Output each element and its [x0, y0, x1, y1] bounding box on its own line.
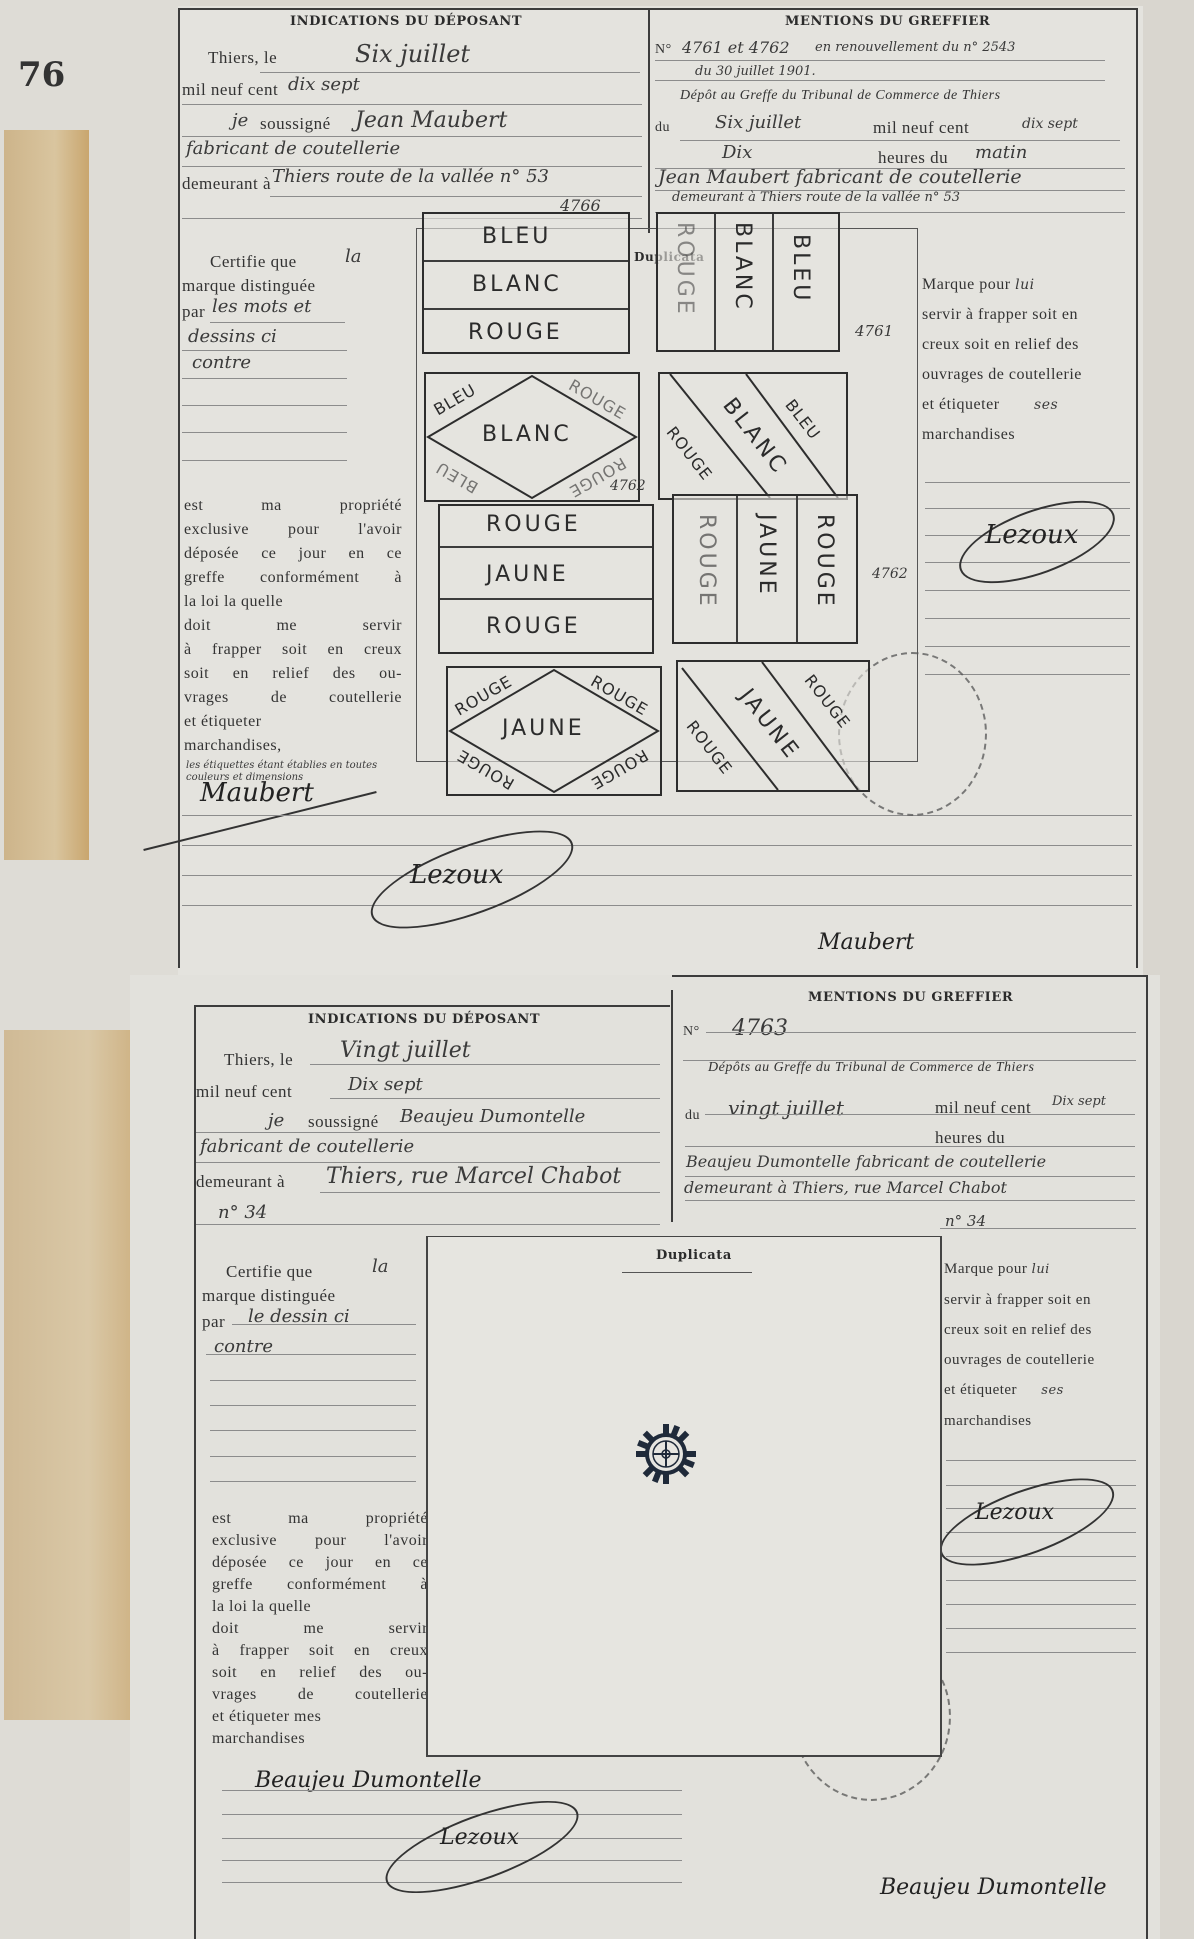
body-line: marchandises	[212, 1728, 428, 1750]
stripe-label: ROUGE	[486, 512, 581, 537]
certifie-label: Certifie que	[210, 252, 297, 272]
page-number: 76	[18, 55, 65, 95]
marque-distinguee-label-2: marque distinguée	[202, 1286, 336, 1306]
mark-flag-horizontal-2: ROUGE JAUNE ROUGE	[438, 504, 654, 654]
top-renewal-note: en renouvellement du n° 2543	[815, 40, 1015, 55]
demeurant-label: demeurant à	[182, 174, 271, 194]
body-line: doit me servir	[184, 614, 402, 638]
mil-neuf-cent-label-2: mil neuf cent	[196, 1082, 292, 1102]
greffier-heures-value[interactable]: matin	[975, 142, 1027, 163]
marque-pour-value-2[interactable]: lui	[1032, 1262, 1050, 1277]
duplicata-frame-bottom	[426, 1236, 942, 1757]
greffier-year-value[interactable]: dix sept	[1022, 116, 1078, 132]
body-line: à frapper soit en creux	[184, 638, 402, 662]
stripe-label: BLANC	[730, 222, 755, 312]
bottom-greffier-date[interactable]: vingt juillet	[728, 1096, 844, 1120]
top-greffier-header: MENTIONS DU GREFFIER	[785, 14, 990, 29]
marque-line: ouvrages de coutellerie	[922, 360, 1132, 390]
bottom-greffier-signature-left: Lezoux	[440, 1825, 519, 1850]
marque-line: marchandises	[944, 1406, 1144, 1436]
marque-pour-label: Marque pour	[922, 276, 1011, 293]
top-form-right-border	[1136, 8, 1138, 968]
top-marque-text: Marque pour lui servir à frapper soit en…	[922, 270, 1132, 450]
top-address-value[interactable]: Thiers route de la vallée n° 53	[272, 166, 549, 187]
par-value-2[interactable]: dessins ci	[188, 326, 277, 347]
top-occupation-value[interactable]: fabricant de coutellerie	[186, 138, 400, 159]
bottom-declaration-body: est ma propriété exclusive pour l'avoir …	[212, 1508, 428, 1750]
bottom-date-value[interactable]: Vingt juillet	[340, 1038, 471, 1063]
marque-line: servir à frapper soit en	[944, 1285, 1144, 1315]
mark-flag-vertical-1: ROUGE BLANC BLEU	[656, 212, 840, 352]
top-year-value[interactable]: dix sept	[288, 74, 360, 95]
par-label: par	[182, 302, 205, 322]
top-name-value[interactable]: Jean Maubert	[355, 108, 507, 133]
stripe-label: BLEU	[788, 234, 813, 303]
mark-diagonal-2: ROUGE JAUNE ROUGE	[676, 660, 870, 792]
body-line: est ma propriété	[184, 494, 402, 518]
mark-diagonal-1: BLEU BLANC ROUGE	[658, 372, 848, 500]
top-center-signature: Lezoux	[410, 860, 503, 890]
bottom-form-divider	[671, 990, 673, 1222]
body-line: et étiqueter mes	[212, 1706, 428, 1728]
bottom-marque-text: Marque pour lui servir à frapper soit en…	[944, 1254, 1144, 1436]
top-date-value[interactable]: Six juillet	[355, 40, 470, 68]
top-registration-number[interactable]: 4761 et 4762	[682, 38, 790, 57]
stripe-label: ROUGE	[468, 320, 563, 345]
body-line: déposée ce jour en ce	[212, 1552, 428, 1574]
bottom-depositant-header: INDICATIONS DU DÉPOSANT	[308, 1012, 540, 1027]
stripe-label: JAUNE	[486, 562, 569, 587]
body-line: à frapper soit en creux	[212, 1640, 428, 1662]
mark-diamond-2: JAUNE ROUGE ROUGE ROUGE ROUGE	[446, 666, 662, 796]
duplicata-label-bottom: Duplicata	[656, 1248, 732, 1263]
bottom-greffier-header: MENTIONS DU GREFFIER	[808, 990, 1013, 1005]
stripe-label: ROUGE	[672, 222, 697, 317]
mark-flag-vertical-2: ROUGE JAUNE ROUGE	[672, 494, 858, 644]
top-form-divider	[648, 8, 650, 233]
stripe-label: BLEU	[482, 224, 551, 249]
certifie-value[interactable]: la	[345, 246, 362, 267]
marque-line: creux soit en relief des	[922, 330, 1132, 360]
certifie-label-2: Certifie que	[226, 1262, 313, 1282]
top-declaration-body: est ma propriété exclusive pour l'avoir …	[184, 494, 402, 758]
folded-slip-bottom	[4, 1030, 144, 1720]
body-line: greffe conformément à	[184, 566, 402, 590]
mark-number-4762-b: 4762	[872, 566, 908, 582]
marque-distinguee-label: marque distinguée	[182, 276, 316, 296]
top-depositant-header: INDICATIONS DU DÉPOSANT	[290, 14, 522, 29]
etiqueter-value[interactable]: ses	[1034, 397, 1058, 413]
body-line: vrages de coutellerie	[184, 686, 402, 710]
etiqueter-label-2: et étiqueter	[944, 1382, 1017, 1398]
marque-line: creux soit en relief des	[944, 1315, 1144, 1345]
bottom-form-top-border-right	[672, 975, 1147, 977]
heures-du-label: heures du	[878, 148, 948, 168]
thiers-le-label: Thiers, le	[208, 48, 277, 68]
body-line: la loi la quelle	[184, 590, 402, 614]
certifie-value-2[interactable]: la	[372, 1256, 389, 1277]
marque-line: servir à frapper soit en	[922, 300, 1132, 330]
bottom-registration-number[interactable]: 4763	[732, 1016, 788, 1041]
depots-line: Dépôts au Greffe du Tribunal de Commerce…	[708, 1060, 1035, 1076]
mark-number-4761: 4761	[855, 322, 893, 340]
bottom-greffier-address-line[interactable]: demeurant à Thiers, rue Marcel Chabot	[684, 1178, 1007, 1197]
mil-neuf-cent-label: mil neuf cent	[182, 80, 278, 100]
soussigne-label: soussigné	[260, 114, 331, 134]
bottom-form-top-border	[195, 1005, 670, 1007]
top-depositant-signature: Maubert	[200, 778, 314, 808]
top-form-top-border	[178, 8, 1138, 10]
body-line: exclusive pour l'avoir	[184, 518, 402, 542]
marque-pour-value[interactable]: lui	[1015, 277, 1034, 293]
greffier-address-line[interactable]: demeurant à Thiers route de la vallée n°…	[672, 190, 960, 205]
bottom-year-value[interactable]: Dix sept	[348, 1074, 423, 1095]
body-line: et étiqueter	[184, 710, 402, 734]
bottom-greffier-signature: Lezoux	[975, 1500, 1054, 1525]
du-label: du	[655, 120, 670, 136]
body-line: exclusive pour l'avoir	[212, 1530, 428, 1552]
bottom-greffier-year[interactable]: Dix sept	[1052, 1094, 1106, 1109]
mark-flag-horizontal-1: BLEU BLANC ROUGE	[422, 212, 630, 354]
body-line: vrages de coutellerie	[212, 1684, 428, 1706]
no-label-2: N°	[683, 1024, 700, 1040]
bottom-name-value[interactable]: Beaujeu Dumontelle	[400, 1106, 585, 1127]
bottom-depositor-signature-right: Beaujeu Dumontelle	[880, 1875, 1107, 1900]
marque-pour-label-2: Marque pour	[944, 1261, 1027, 1277]
stripe-label: ROUGE	[812, 514, 837, 609]
body-line: est ma propriété	[212, 1508, 428, 1530]
etiqueter-value-2[interactable]: ses	[1041, 1383, 1064, 1398]
bottom-form-left-border	[194, 1005, 196, 1939]
greffier-name-line[interactable]: Jean Maubert fabricant de coutellerie	[658, 166, 1022, 188]
du-label-2: du	[685, 1108, 700, 1124]
par-value-3[interactable]: contre	[192, 352, 251, 373]
marque-line: ouvrages de coutellerie	[944, 1345, 1144, 1375]
stripe-label: BLANC	[472, 272, 562, 297]
body-line: marchandises,	[184, 734, 402, 758]
body-line: la loi la quelle	[212, 1596, 428, 1618]
top-form-left-border	[178, 8, 180, 968]
diamond-center-label: JAUNE	[502, 716, 585, 741]
etiqueter-label: et étiqueter	[922, 396, 1000, 413]
body-line: greffe conformément à	[212, 1574, 428, 1596]
greffier-mil-neuf-cent: mil neuf cent	[873, 118, 969, 138]
body-line: soit en relief des ou-	[212, 1662, 428, 1684]
stripe-label: JAUNE	[754, 514, 779, 597]
folded-slip-top	[4, 130, 89, 860]
diamond-center-label: BLANC	[482, 422, 572, 447]
soussigne-label-2: soussigné	[308, 1112, 379, 1132]
top-greffier-signature: Lezoux	[985, 520, 1078, 550]
mark-number-4762: 4762	[610, 478, 646, 494]
gear-wheel-icon	[636, 1424, 696, 1484]
bottom-occupation-value[interactable]: fabricant de coutellerie	[200, 1136, 414, 1157]
bottom-greffier-name-line[interactable]: Beaujeu Dumontelle fabricant de coutelle…	[686, 1152, 1046, 1171]
stripe-label: ROUGE	[694, 514, 719, 609]
soussigne-prefix[interactable]: je	[232, 110, 248, 131]
par-value[interactable]: les mots et	[212, 296, 311, 317]
greffier-hour-value[interactable]: Dix	[722, 142, 752, 163]
soussigne-prefix-2[interactable]: je	[268, 1110, 284, 1131]
marque-line: marchandises	[922, 420, 1132, 450]
top-renewal-date: du 30 juillet 1901.	[695, 64, 816, 79]
bottom-mil-neuf-cent: mil neuf cent	[935, 1098, 1031, 1118]
par-label-2: par	[202, 1312, 225, 1332]
body-line: soit en relief des ou-	[184, 662, 402, 686]
bottom-heures-du: heures du	[935, 1128, 1005, 1148]
bottom-address-value[interactable]: Thiers, rue Marcel Chabot	[326, 1164, 621, 1189]
demeurant-label-2: demeurant à	[196, 1172, 285, 1192]
body-line: doit me servir	[212, 1618, 428, 1640]
mark-diamond-1: BLANC BLEU ROUGE BLEU ROUGE	[424, 372, 640, 502]
depot-line: Dépôt au Greffe du Tribunal de Commerce …	[680, 88, 1001, 104]
no-label: N°	[655, 42, 672, 58]
stripe-label: ROUGE	[486, 614, 581, 639]
bottom-address-value-2[interactable]: n° 34	[218, 1202, 267, 1223]
bottom-form-right-border	[1146, 975, 1148, 1939]
top-bottom-signature: Maubert	[818, 930, 914, 955]
body-line: déposée ce jour en ce	[184, 542, 402, 566]
thiers-le-label-2: Thiers, le	[224, 1050, 293, 1070]
greffier-date-value[interactable]: Six juillet	[715, 112, 801, 133]
